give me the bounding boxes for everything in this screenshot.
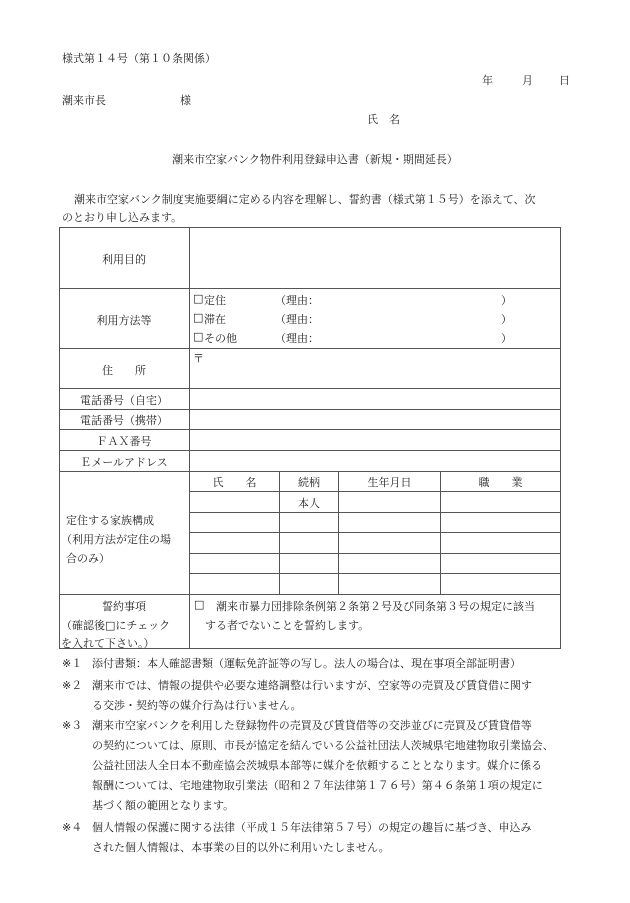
phone-home-input[interactable] [190,389,560,409]
date-year-label: 年 [482,72,493,88]
family-occupation-input[interactable] [441,574,560,594]
addressee: 潮来市長 [62,92,106,108]
note-mark: ※２ [62,676,92,696]
family-birthdate-input[interactable] [339,513,440,532]
pledge-checkbox[interactable]: □ [194,598,204,611]
note-3: ※３潮来市空家バンクを利用した登録物件の売買及び賃貸借等の交渉並びに売買及び賃貸… [62,716,574,816]
family-birthdate-input[interactable] [339,492,440,512]
row-divider [59,471,561,472]
family-occupation-input[interactable] [441,533,560,553]
table-border-right [560,227,561,649]
row-divider [59,594,561,595]
intro-line-1: 潮来市空家バンク制度実施要綱に定める内容を理解し、誓約書（様式第１５号）を添えて… [74,191,536,207]
family-header-occupation: 職 業 [441,474,560,490]
checkbox-icon[interactable]: □ [193,292,203,305]
family-header-relation: 続柄 [280,474,338,490]
address-label: 住 所 [59,362,189,378]
address-input[interactable] [190,349,560,388]
family-name-input[interactable] [190,492,279,512]
family-occupation-input[interactable] [441,554,560,573]
family-occupation-input[interactable] [441,492,560,512]
family-relation-self: 本人 [280,495,338,511]
family-header-birthdate: 生年月日 [339,474,440,490]
family-occupation-input[interactable] [441,513,560,532]
note-4: ※４個人情報の保護に関する法律（平成１５年法律第５７号）の規定の趣旨に基づき、申… [62,818,574,858]
reason-close: ） [501,292,512,308]
family-birthdate-input[interactable] [339,554,440,573]
family-label-line-2: （利用方法が定住の場 [61,531,171,547]
family-relation-input[interactable] [280,533,338,553]
phone-mobile-input[interactable] [190,410,560,429]
reason-close: ） [501,330,512,346]
checkbox-icon[interactable]: □ [193,330,203,343]
email-label: Ｅメールアドレス [59,454,189,470]
family-name-input[interactable] [190,554,279,573]
family-relation-input[interactable] [280,554,338,573]
form-number: 様式第１４号（第１０条関係） [62,50,216,66]
family-label-line-1: 定住する家族構成 [66,512,154,528]
page-title: 潮来市空家バンク物件利用登録申込書（新規・期間延長） [0,151,630,167]
method-label: 利用方法等 [59,312,189,328]
addressee-suffix: 様 [180,92,191,108]
reason-label: （理由： [275,292,319,308]
purpose-input[interactable] [190,228,560,288]
pledge-label-line-1: 誓約事項 [59,598,189,614]
pledge-label-line-3: を入れて下さい。） [61,635,155,651]
purpose-label: 利用目的 [59,251,189,267]
date-day-label: 日 [559,72,570,88]
phone-home-label: 電話番号（自宅） [59,392,189,408]
family-birthdate-input[interactable] [339,574,440,594]
family-header-name: 氏 名 [190,474,279,490]
note-mark: ※４ [62,818,92,838]
family-name-input[interactable] [190,513,279,532]
reason-close: ） [501,311,512,327]
date-month-label: 月 [522,72,533,88]
intro-line-2: のとおり申し込みます。 [62,209,182,225]
method-option-label: その他 [204,330,237,346]
pledge-text-line-2: する者でないことを誓約します。 [205,617,369,633]
note-1: ※１添付書類：本人確認書類（運転免許証等の写し。法人の場合は、現在事項全部証明書… [62,654,574,674]
note-mark: ※１ [62,654,92,674]
fax-label: ＦＡＸ番号 [59,433,189,449]
pledge-text-line-1: 潮来市暴力団排除条例第２条第２号及び同条第３号の規定に該当 [216,598,535,614]
checkbox-icon[interactable]: □ [193,311,203,324]
email-input[interactable] [190,451,560,471]
applicant-name-label: 氏 名 [367,111,400,127]
family-relation-input[interactable] [280,513,338,532]
note-2: ※２潮来市では、情報の提供や必要な連絡調整は行いますが、空家等の売買及び賃貸借に… [62,676,574,716]
phone-mobile-label: 電話番号（携帯） [59,412,189,428]
reason-label: （理由： [275,311,319,327]
method-option-label: 定住 [204,292,226,308]
note-mark: ※３ [62,716,92,736]
family-name-input[interactable] [190,574,279,594]
family-label-line-3: 合のみ） [66,550,110,566]
reason-label: （理由： [275,330,319,346]
family-name-input[interactable] [190,533,279,553]
family-relation-input[interactable] [280,574,338,594]
pledge-label-line-2: （確認後□にチェック [61,617,170,633]
fax-input[interactable] [190,430,560,450]
family-birthdate-input[interactable] [339,533,440,553]
row-divider [59,288,561,289]
method-option-label: 滞在 [204,311,226,327]
